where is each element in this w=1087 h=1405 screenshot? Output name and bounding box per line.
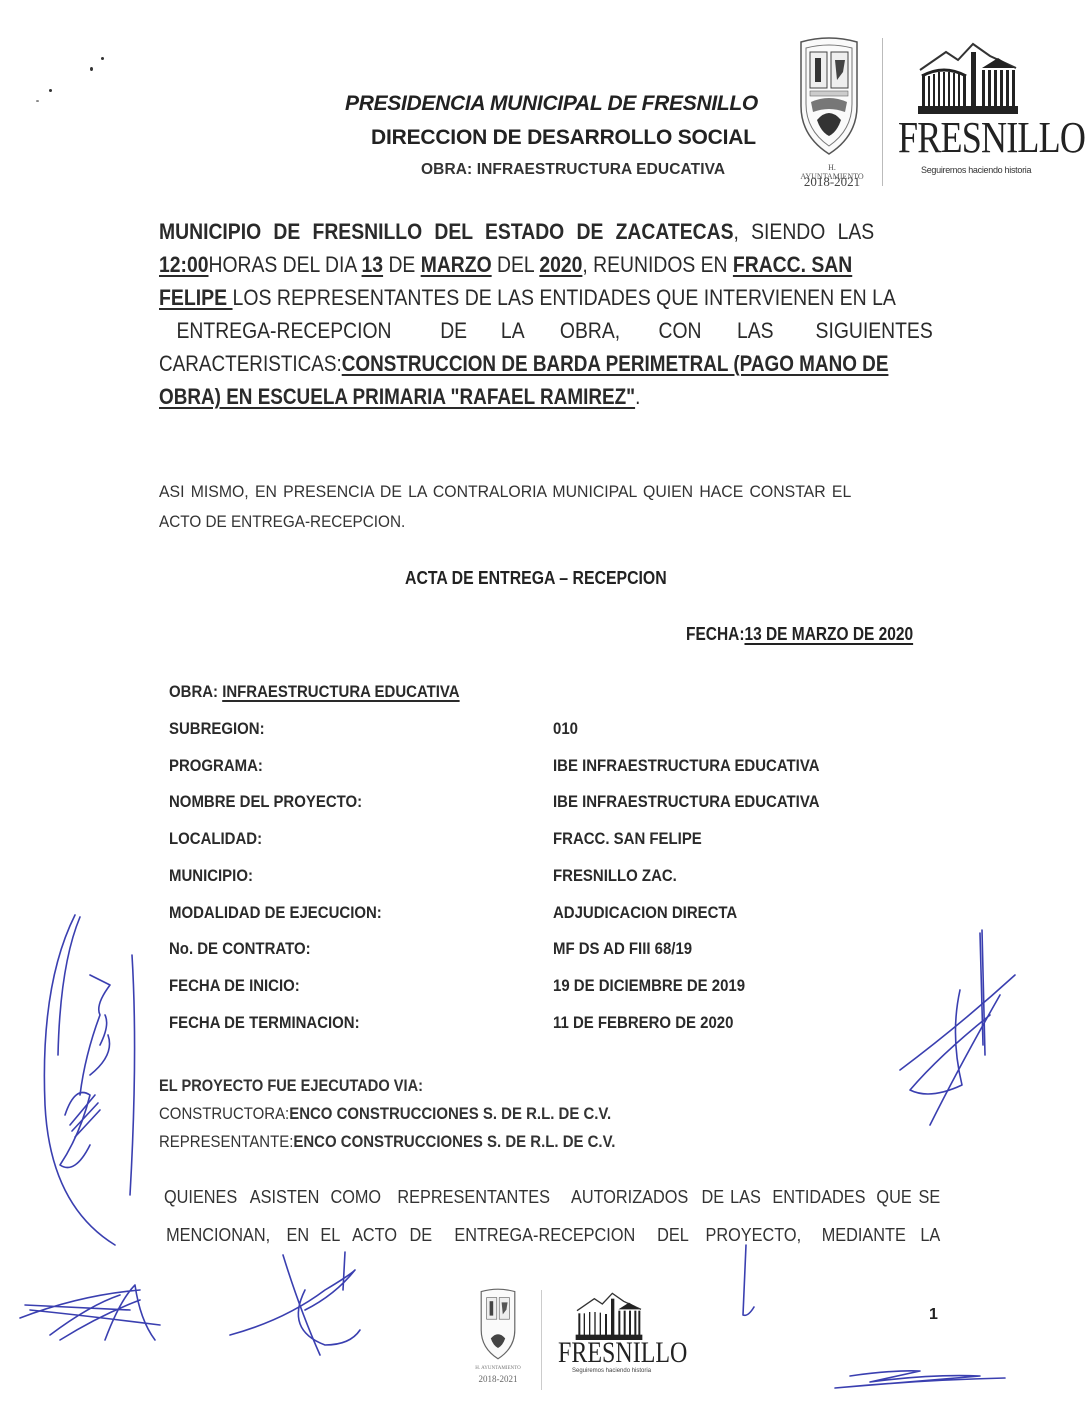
intro-text: , SIENDO LAS	[734, 219, 875, 244]
field-value: 19 DE DICIEMBRE DE 2019	[553, 976, 771, 996]
word: MENCIONAN,	[166, 1224, 270, 1246]
field-value-text: FRACC. SAN FELIPE	[553, 829, 702, 849]
municipality-text: MUNICIPIO DE FRESNILLO DEL ESTADO DE ZAC…	[159, 219, 734, 244]
word: PROYECTO,	[706, 1224, 802, 1246]
constructora-label: CONSTRUCTORA:	[159, 1104, 289, 1123]
field-label-text: MODALIDAD DE EJECUCION:	[169, 903, 382, 923]
contraloria-line-1: ASI MISMO, EN PRESENCIA DE LA CONTRALORI…	[159, 482, 851, 502]
intro-line-6: OBRA) EN ESCUELA PRIMARIA "RAFAEL RAMIRE…	[159, 380, 640, 413]
footer-seal-caption: H. AYUNTAMIENTO	[470, 1366, 526, 1371]
date-value: 13 DE MARZO DE 2020	[744, 624, 913, 644]
intro-line-4: ENTREGA-RECEPCIONDELAOBRA,CONLASSIGUIENT…	[159, 314, 942, 347]
field-label: FECHA DE TERMINACION:	[169, 1013, 386, 1033]
word: QUIENES	[164, 1186, 237, 1208]
word: DE	[410, 1224, 433, 1246]
field-label-text: PROGRAMA:	[169, 756, 263, 776]
intro-text: CARACTERISTICAS:	[159, 351, 342, 376]
attendees-line-1: QUIENESASISTENCOMOREPRESENTANTESAUTORIZA…	[159, 1186, 942, 1208]
field-label: MUNICIPIO:	[169, 866, 264, 886]
brand-tagline: Seguiremos haciendo historia	[921, 165, 1031, 175]
field-label: NOMBRE DEL PROYECTO:	[169, 792, 388, 812]
word: DEL	[657, 1224, 689, 1246]
word: CON	[658, 314, 701, 347]
word: OBRA,	[560, 314, 620, 347]
field-label: SUBREGION:	[169, 719, 278, 739]
scan-speck	[49, 89, 52, 92]
representante-label: REPRESENTANTE:	[159, 1132, 293, 1151]
word: ENTIDADES	[772, 1186, 865, 1208]
footer-logo-divider	[541, 1290, 542, 1390]
word: AUTORIZADOS	[571, 1186, 688, 1208]
document-title: ACTA DE ENTREGA – RECEPCION	[405, 568, 702, 589]
field-label: MODALIDAD DE EJECUCION:	[169, 903, 411, 923]
field-value-text: ADJUDICACION DIRECTA	[553, 903, 737, 923]
word: DE	[701, 1186, 724, 1208]
field-value: ADJUDICACION DIRECTA	[553, 903, 762, 923]
logo-divider	[882, 38, 883, 186]
field-value-text: IBE INFRAESTRUCTURA EDUCATIVA	[553, 792, 820, 812]
brand-name: FRESNILLO	[898, 112, 1085, 163]
field-value: 010	[553, 719, 581, 739]
word: LA	[501, 314, 525, 347]
field-label-text: No. DE CONTRATO:	[169, 939, 311, 959]
representante-line: REPRESENTANTE:ENCO CONSTRUCCIONES S. DE …	[159, 1132, 678, 1152]
field-value-text: MF DS AD FIII 68/19	[553, 939, 692, 959]
footer-city-seal-icon	[478, 1288, 518, 1360]
intro-text: DEL	[492, 252, 540, 277]
footer-seal-years: 2018-2021	[470, 1374, 526, 1384]
intro-text: LOS REPRESENTANTES DE LAS ENTIDADES QUE …	[233, 285, 896, 310]
intro-line-5: CARACTERISTICAS:CONSTRUCCION DE BARDA PE…	[159, 347, 888, 380]
document-title-text: ACTA DE ENTREGA – RECEPCION	[405, 568, 667, 589]
attendees-line-2: MENCIONAN,ENELACTODEENTREGA-RECEPCIONDEL…	[159, 1224, 942, 1246]
meeting-month: MARZO	[421, 252, 492, 277]
field-label-text: SUBREGION:	[169, 719, 265, 739]
obra-value: INFRAESTRUCTURA EDUCATIVA	[222, 682, 459, 701]
obra-label: OBRA:	[169, 682, 222, 701]
intro-text: , REUNIDOS EN	[582, 252, 733, 277]
field-value: MF DS AD FIII 68/19	[553, 939, 711, 959]
word: DE	[440, 314, 467, 347]
page-number: 1	[929, 1306, 938, 1324]
word: EN	[287, 1224, 310, 1246]
work-description-cont: OBRA) EN ESCUELA PRIMARIA "RAFAEL RAMIRE…	[159, 384, 635, 409]
header-municipality: PRESIDENCIA MUNICIPAL DE FRESNILLO	[345, 92, 758, 116]
field-label: FECHA DE INICIO:	[169, 976, 318, 996]
seal-years: 2018-2021	[797, 174, 867, 190]
footer-brand-name: FRESNILLO	[558, 1336, 687, 1370]
meeting-place-cont: FELIPE	[159, 285, 233, 310]
field-label: LOCALIDAD:	[169, 829, 275, 849]
intro-text: DE	[383, 252, 421, 277]
work-description: CONSTRUCCION DE BARDA PERIMETRAL (PAGO M…	[342, 351, 889, 376]
word: SE	[919, 1186, 941, 1208]
footer-brand-tagline: Seguiremos haciendo historia	[572, 1368, 651, 1374]
intro-text: .	[635, 384, 640, 409]
word: MEDIANTE	[822, 1224, 906, 1246]
signature-bottom-right-icon	[830, 1368, 1010, 1390]
intro-line-2: 12:00HORAS DEL DIA 13 DE MARZO DEL 2020,…	[159, 248, 852, 281]
field-label-text: NOMBRE DEL PROYECTO:	[169, 792, 362, 812]
meeting-day: 13	[362, 252, 384, 277]
signature-right-icon	[900, 925, 1020, 1125]
field-value: 11 DE FEBRERO DE 2020	[553, 1013, 758, 1033]
fresnillo-monument-icon	[918, 42, 1018, 114]
word: ASISTEN	[250, 1186, 320, 1208]
field-value-text: FRESNILLO ZAC.	[553, 866, 677, 886]
contraloria-line-2: ACTO DE ENTREGA-RECEPCION.	[159, 512, 405, 532]
field-label: No. DE CONTRATO:	[169, 939, 330, 959]
word: LAS	[737, 314, 774, 347]
field-label-text: LOCALIDAD:	[169, 829, 262, 849]
signature-bottom-left-icon	[20, 1280, 160, 1350]
field-label: PROGRAMA:	[169, 756, 276, 776]
obra-row: OBRA: INFRAESTRUCTURA EDUCATIVA	[169, 682, 499, 702]
signature-left-icon	[20, 905, 140, 1255]
meeting-time: 12:00	[159, 252, 208, 277]
word: ACTO	[352, 1224, 397, 1246]
intro-text: HORAS DEL DIA	[208, 252, 361, 277]
word: COMO	[330, 1186, 381, 1208]
word: ENTREGA-RECEPCION	[454, 1224, 635, 1246]
date-label: FECHA:	[686, 624, 744, 644]
word: LAS	[730, 1186, 761, 1208]
header-project: OBRA: INFRAESTRUCTURA EDUCATIVA	[421, 161, 725, 179]
intro-line-1: MUNICIPIO DE FRESNILLO DEL ESTADO DE ZAC…	[159, 215, 874, 248]
field-label-text: FECHA DE INICIO:	[169, 976, 300, 996]
scan-speck	[36, 100, 39, 102]
header-department: DIRECCION DE DESARROLLO SOCIAL	[371, 126, 756, 150]
constructora-line: CONSTRUCTORA:ENCO CONSTRUCCIONES S. DE R…	[159, 1104, 673, 1124]
footer-monument-icon	[573, 1292, 645, 1340]
executed-via-text: EL PROYECTO FUE EJECUTADO VIA:	[159, 1076, 423, 1096]
word: EL	[320, 1224, 340, 1246]
scan-speck	[101, 57, 104, 60]
signature-page-mark-icon	[740, 1245, 760, 1340]
executed-via-title: EL PROYECTO FUE EJECUTADO VIA:	[159, 1076, 466, 1096]
word: SIGUIENTES	[815, 314, 932, 347]
field-value: IBE INFRAESTRUCTURA EDUCATIVA	[553, 792, 856, 812]
field-value: FRESNILLO ZAC.	[553, 866, 694, 886]
field-value: IBE INFRAESTRUCTURA EDUCATIVA	[553, 756, 856, 776]
document-date: FECHA:13 DE MARZO DE 2020	[686, 624, 950, 645]
meeting-year: 2020	[539, 252, 582, 277]
word: LA	[921, 1224, 941, 1246]
city-seal-icon	[797, 36, 861, 156]
scan-speck	[90, 67, 93, 71]
field-value-text: 19 DE DICIEMBRE DE 2019	[553, 976, 745, 996]
representante-value: ENCO CONSTRUCCIONES S. DE R.L. DE C.V.	[293, 1132, 615, 1151]
word: QUE	[877, 1186, 912, 1208]
field-label-text: MUNICIPIO:	[169, 866, 253, 886]
field-label-text: FECHA DE TERMINACION:	[169, 1013, 360, 1033]
meeting-place: FRACC. SAN	[733, 252, 852, 277]
intro-line-3: FELIPE LOS REPRESENTANTES DE LAS ENTIDAD…	[159, 281, 896, 314]
signature-bottom-center-icon	[225, 1250, 365, 1360]
constructora-value: ENCO CONSTRUCCIONES S. DE R.L. DE C.V.	[289, 1104, 611, 1123]
word: ENTREGA-RECEPCION	[177, 314, 392, 347]
field-value: FRACC. SAN FELIPE	[553, 829, 722, 849]
field-value-text: IBE INFRAESTRUCTURA EDUCATIVA	[553, 756, 820, 776]
field-value-text: 11 DE FEBRERO DE 2020	[553, 1013, 733, 1033]
word: REPRESENTANTES	[398, 1186, 551, 1208]
field-value-text: 010	[553, 719, 578, 739]
